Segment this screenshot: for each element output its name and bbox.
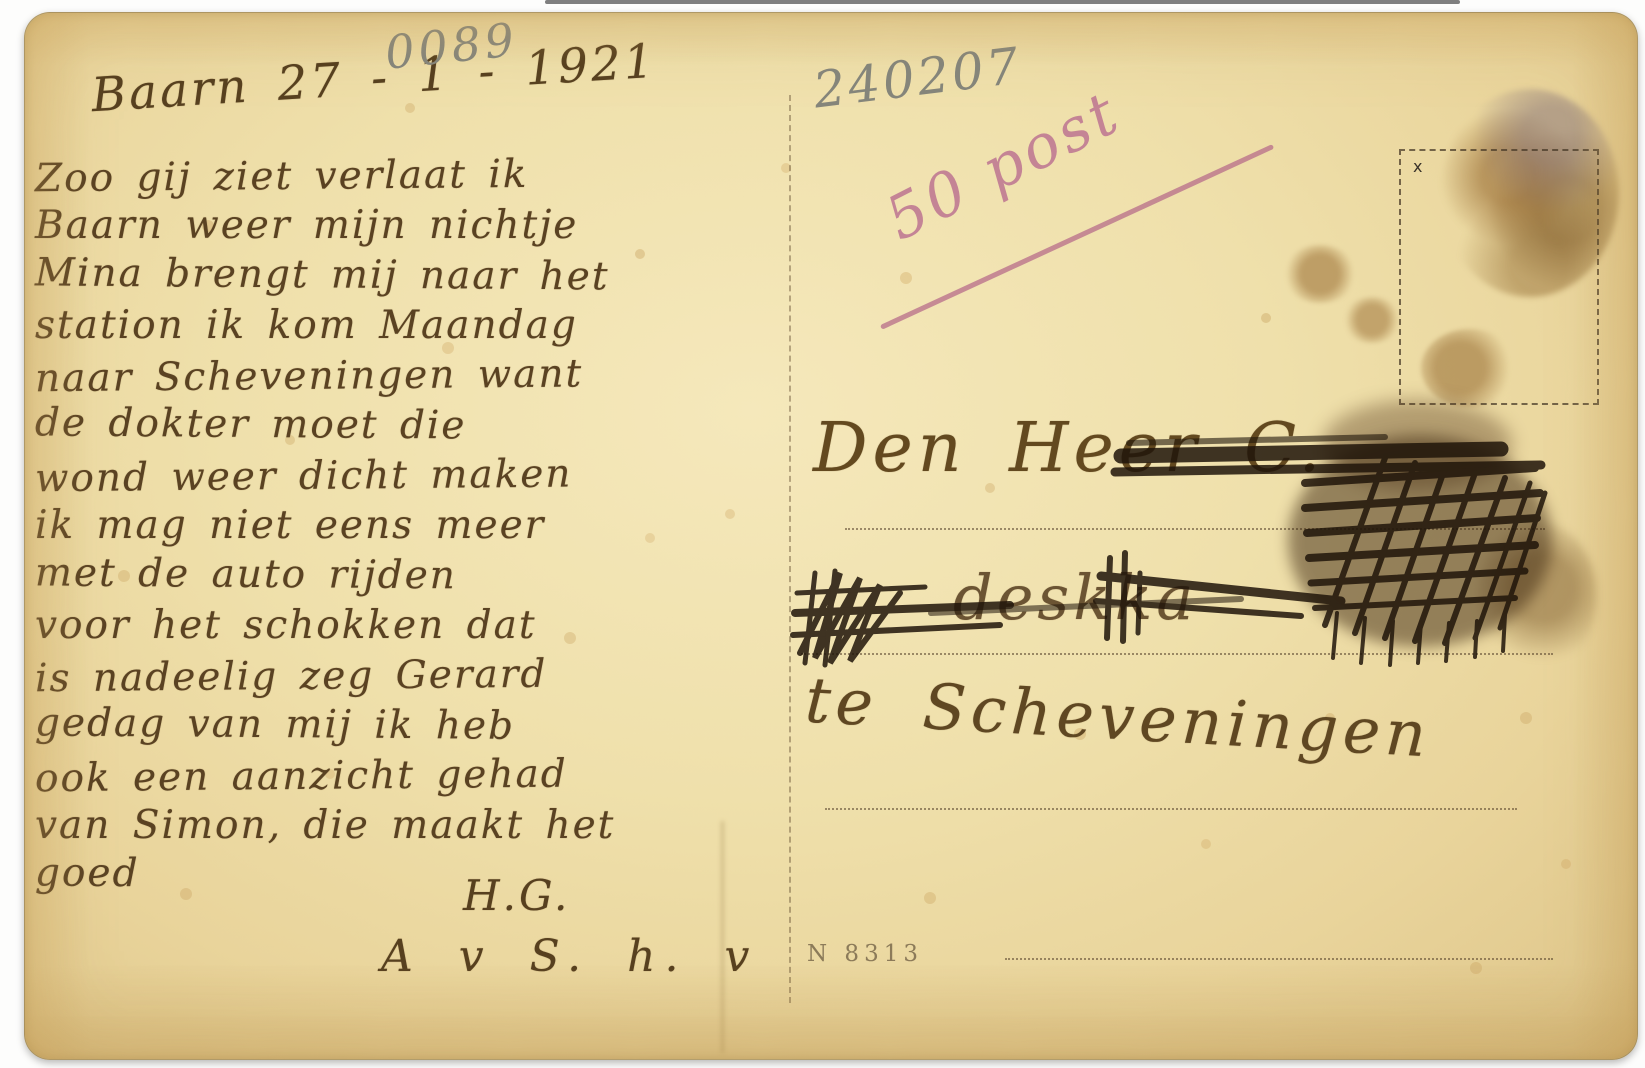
message-lines: Zoo gij ziet verlaat ikBaarn weer mijn n… [35, 151, 775, 901]
pencil-number-top-right: 240207 [810, 36, 1024, 119]
divider-line [789, 95, 791, 1003]
address-street-crossed-out: deskka [953, 561, 1197, 634]
postcard: Baarn 27 - 1 - 1921 Zoo gij ziet verlaat… [24, 12, 1638, 1060]
message-line: de dokter moet die [35, 398, 775, 453]
message-line: station ik kom Maandag [35, 301, 775, 351]
stain-spot [1283, 245, 1357, 303]
message-line: voor het schokken dat [35, 601, 775, 651]
stamp-box: x [1399, 149, 1599, 405]
address-place: te Scheveningen [803, 664, 1432, 772]
sender-initials: H.G. [463, 871, 570, 920]
message-line: Mina brengt mij naar het [35, 248, 775, 303]
message-line: naar Scheveningen want [35, 348, 775, 404]
sender-signature: A v S. h. v [381, 931, 758, 982]
message-line: goed [35, 848, 775, 903]
printer-mark: N 8313 [807, 941, 923, 967]
message-line: van Simon, die maakt het [35, 801, 775, 851]
message-line: ook een aanzicht gehad [35, 748, 775, 804]
address-line-rule [1005, 958, 1553, 960]
address-line-rule [825, 808, 1517, 810]
message-line: wond weer dicht maken [35, 448, 775, 504]
stain-spot [1343, 297, 1401, 343]
message-line: Zoo gij ziet verlaat ik [35, 148, 775, 204]
dateline: Baarn 27 - 1 - 1921 [90, 34, 658, 123]
stamp-box-corner-mark: x [1413, 157, 1422, 176]
scanner-edge-shadow [545, 0, 1460, 4]
message-line: Baarn weer mijn nichtje [35, 201, 775, 251]
message-line: met de auto rijden [35, 548, 775, 603]
stain-spot [1477, 521, 1597, 671]
foxing-spots [25, 13, 31, 19]
message-line: ik mag niet eens meer [35, 501, 775, 551]
address-recipient: Den Heer C. [813, 409, 1325, 488]
message-line: is nadeelig zeg Gerard [35, 648, 775, 704]
message-line: gedag van mij ik heb [35, 698, 775, 753]
address-line-rule [845, 528, 1545, 530]
address-line-rule [801, 653, 1553, 655]
